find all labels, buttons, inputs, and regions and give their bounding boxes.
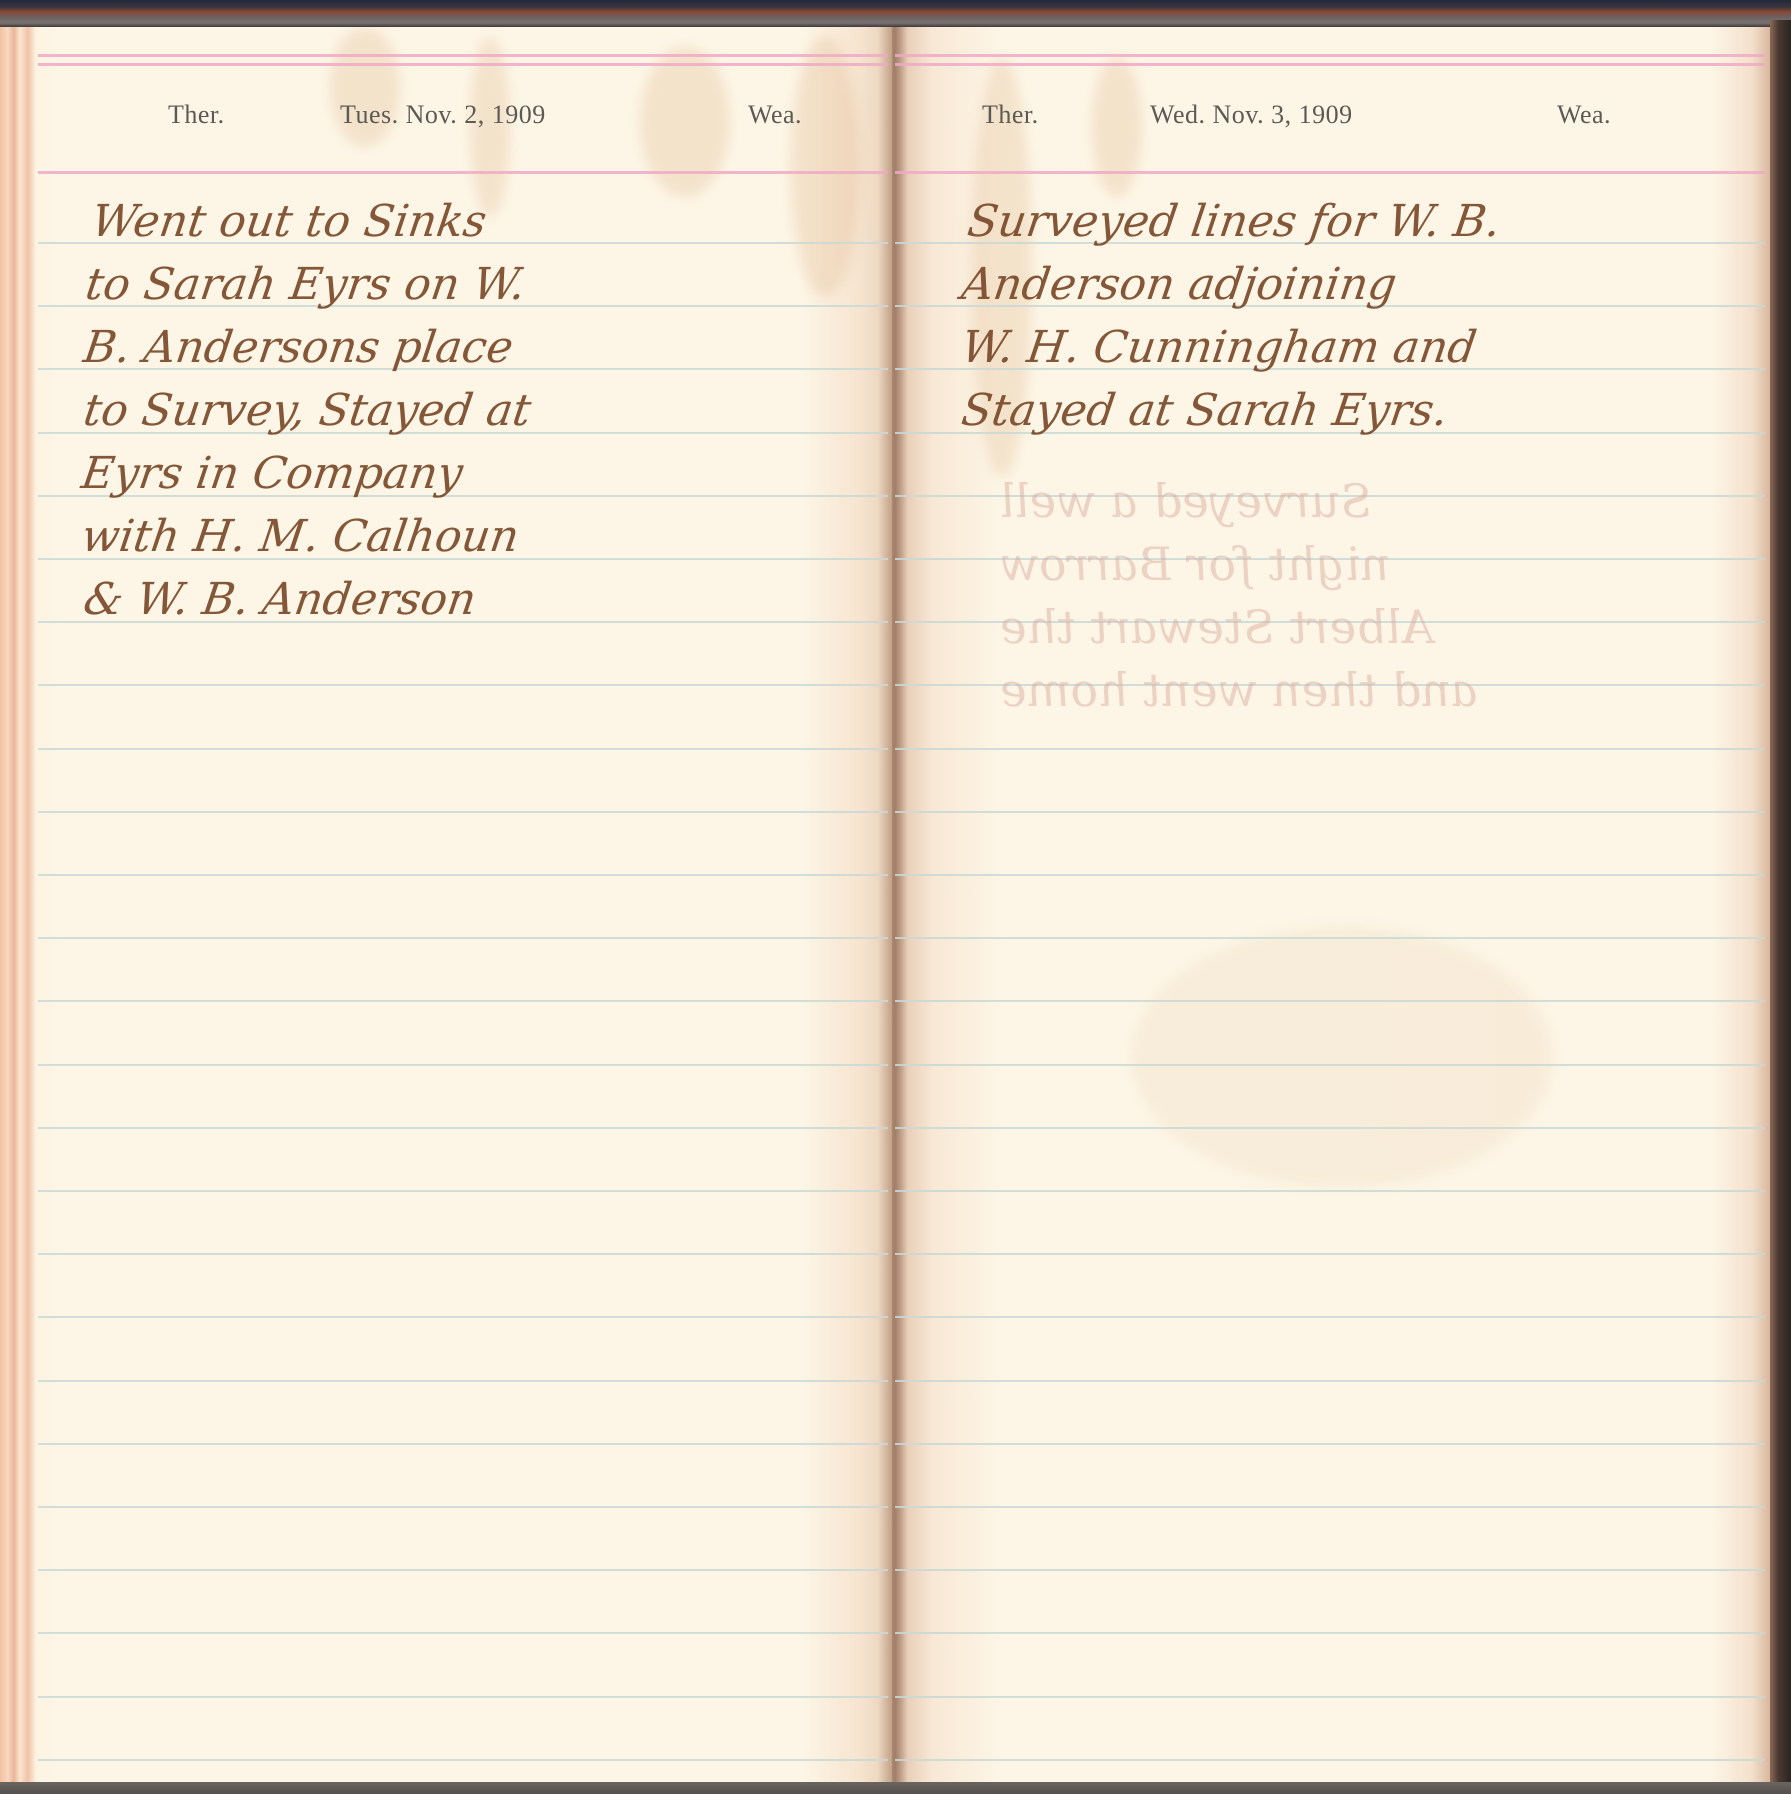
date-heading: Wed. Nov. 3, 1909 (1150, 100, 1353, 130)
header-rule-top-2-right (895, 63, 1765, 66)
ruled-line (38, 1316, 888, 1318)
ruled-line (895, 1190, 1765, 1192)
wea-label: Wea. (1557, 100, 1611, 130)
ruled-line (38, 1064, 888, 1066)
entry-line: to Sarah Eyrs on W. (82, 253, 530, 316)
ruled-line (38, 1443, 888, 1445)
book-cover-bottom (0, 1782, 1791, 1794)
ruled-line (38, 874, 888, 876)
ruled-line (895, 1127, 1765, 1129)
entry-line: Stayed at Sarah Eyrs. (958, 379, 1452, 442)
ruled-line (38, 1253, 888, 1255)
ruled-line (38, 1000, 888, 1002)
ruled-line (895, 1759, 1765, 1761)
date-heading: Tues. Nov. 2, 1909 (340, 100, 546, 130)
ruled-line (895, 1632, 1765, 1634)
bleed-line: night for Barrow (996, 533, 1725, 596)
book-cover-right-edge (1770, 20, 1791, 1790)
header-rule-bottom (38, 171, 888, 174)
entry-line: Anderson adjoining (958, 253, 1401, 316)
ruled-line (38, 1190, 888, 1192)
ruled-line (38, 1506, 888, 1508)
entry-line: with H. M. Calhoun (78, 505, 523, 568)
ruled-line (895, 937, 1765, 939)
ruled-line (38, 748, 888, 750)
header-rule-bottom-right (895, 171, 1765, 174)
ruled-line (38, 1696, 888, 1698)
ther-label: Ther. (982, 100, 1039, 130)
ruled-line (895, 1253, 1765, 1255)
header-rule-top-right (895, 54, 1765, 57)
entry-line: Went out to Sinks (88, 190, 491, 253)
entry-line: to Survey, Stayed at (80, 379, 535, 442)
bleed-line: Surveyed a well (996, 470, 1725, 533)
ruled-line (895, 1064, 1765, 1066)
ruled-line (895, 1696, 1765, 1698)
ruled-line (895, 1000, 1765, 1002)
ruled-line (895, 1380, 1765, 1382)
ruled-line (895, 1443, 1765, 1445)
ruled-line (38, 1127, 888, 1129)
bleed-through-text: Surveyed a well night for Barrow Albert … (1000, 470, 1720, 730)
ruled-line (38, 684, 888, 686)
bleed-line: and then went home (996, 659, 1725, 722)
ruled-line (38, 1759, 888, 1761)
ruled-line (38, 1632, 888, 1634)
entry-line: B. Andersons place (80, 316, 518, 379)
ruled-line (38, 937, 888, 939)
header-rule-top (38, 54, 888, 57)
ruled-line (38, 811, 888, 813)
header-rule-top-2 (38, 63, 888, 66)
ruled-line (895, 1506, 1765, 1508)
entry-line: W. H. Cunningham and (958, 316, 1481, 379)
ruled-line (895, 1316, 1765, 1318)
wea-label: Wea. (748, 100, 802, 130)
ruled-line (895, 811, 1765, 813)
spine-gutter (878, 27, 908, 1782)
book-cover-top (0, 0, 1791, 27)
ruled-line (38, 1569, 888, 1571)
entry-line: Eyrs in Company (78, 442, 467, 505)
bleed-line: Albert Stewart the (996, 596, 1725, 659)
ruled-line (895, 1569, 1765, 1571)
entry-line: & W. B. Anderson (80, 568, 481, 631)
ruled-line (895, 874, 1765, 876)
entry-line: Surveyed lines for W. B. (964, 190, 1505, 253)
ther-label: Ther. (168, 100, 225, 130)
ruled-line (38, 1380, 888, 1382)
ruled-line (895, 748, 1765, 750)
